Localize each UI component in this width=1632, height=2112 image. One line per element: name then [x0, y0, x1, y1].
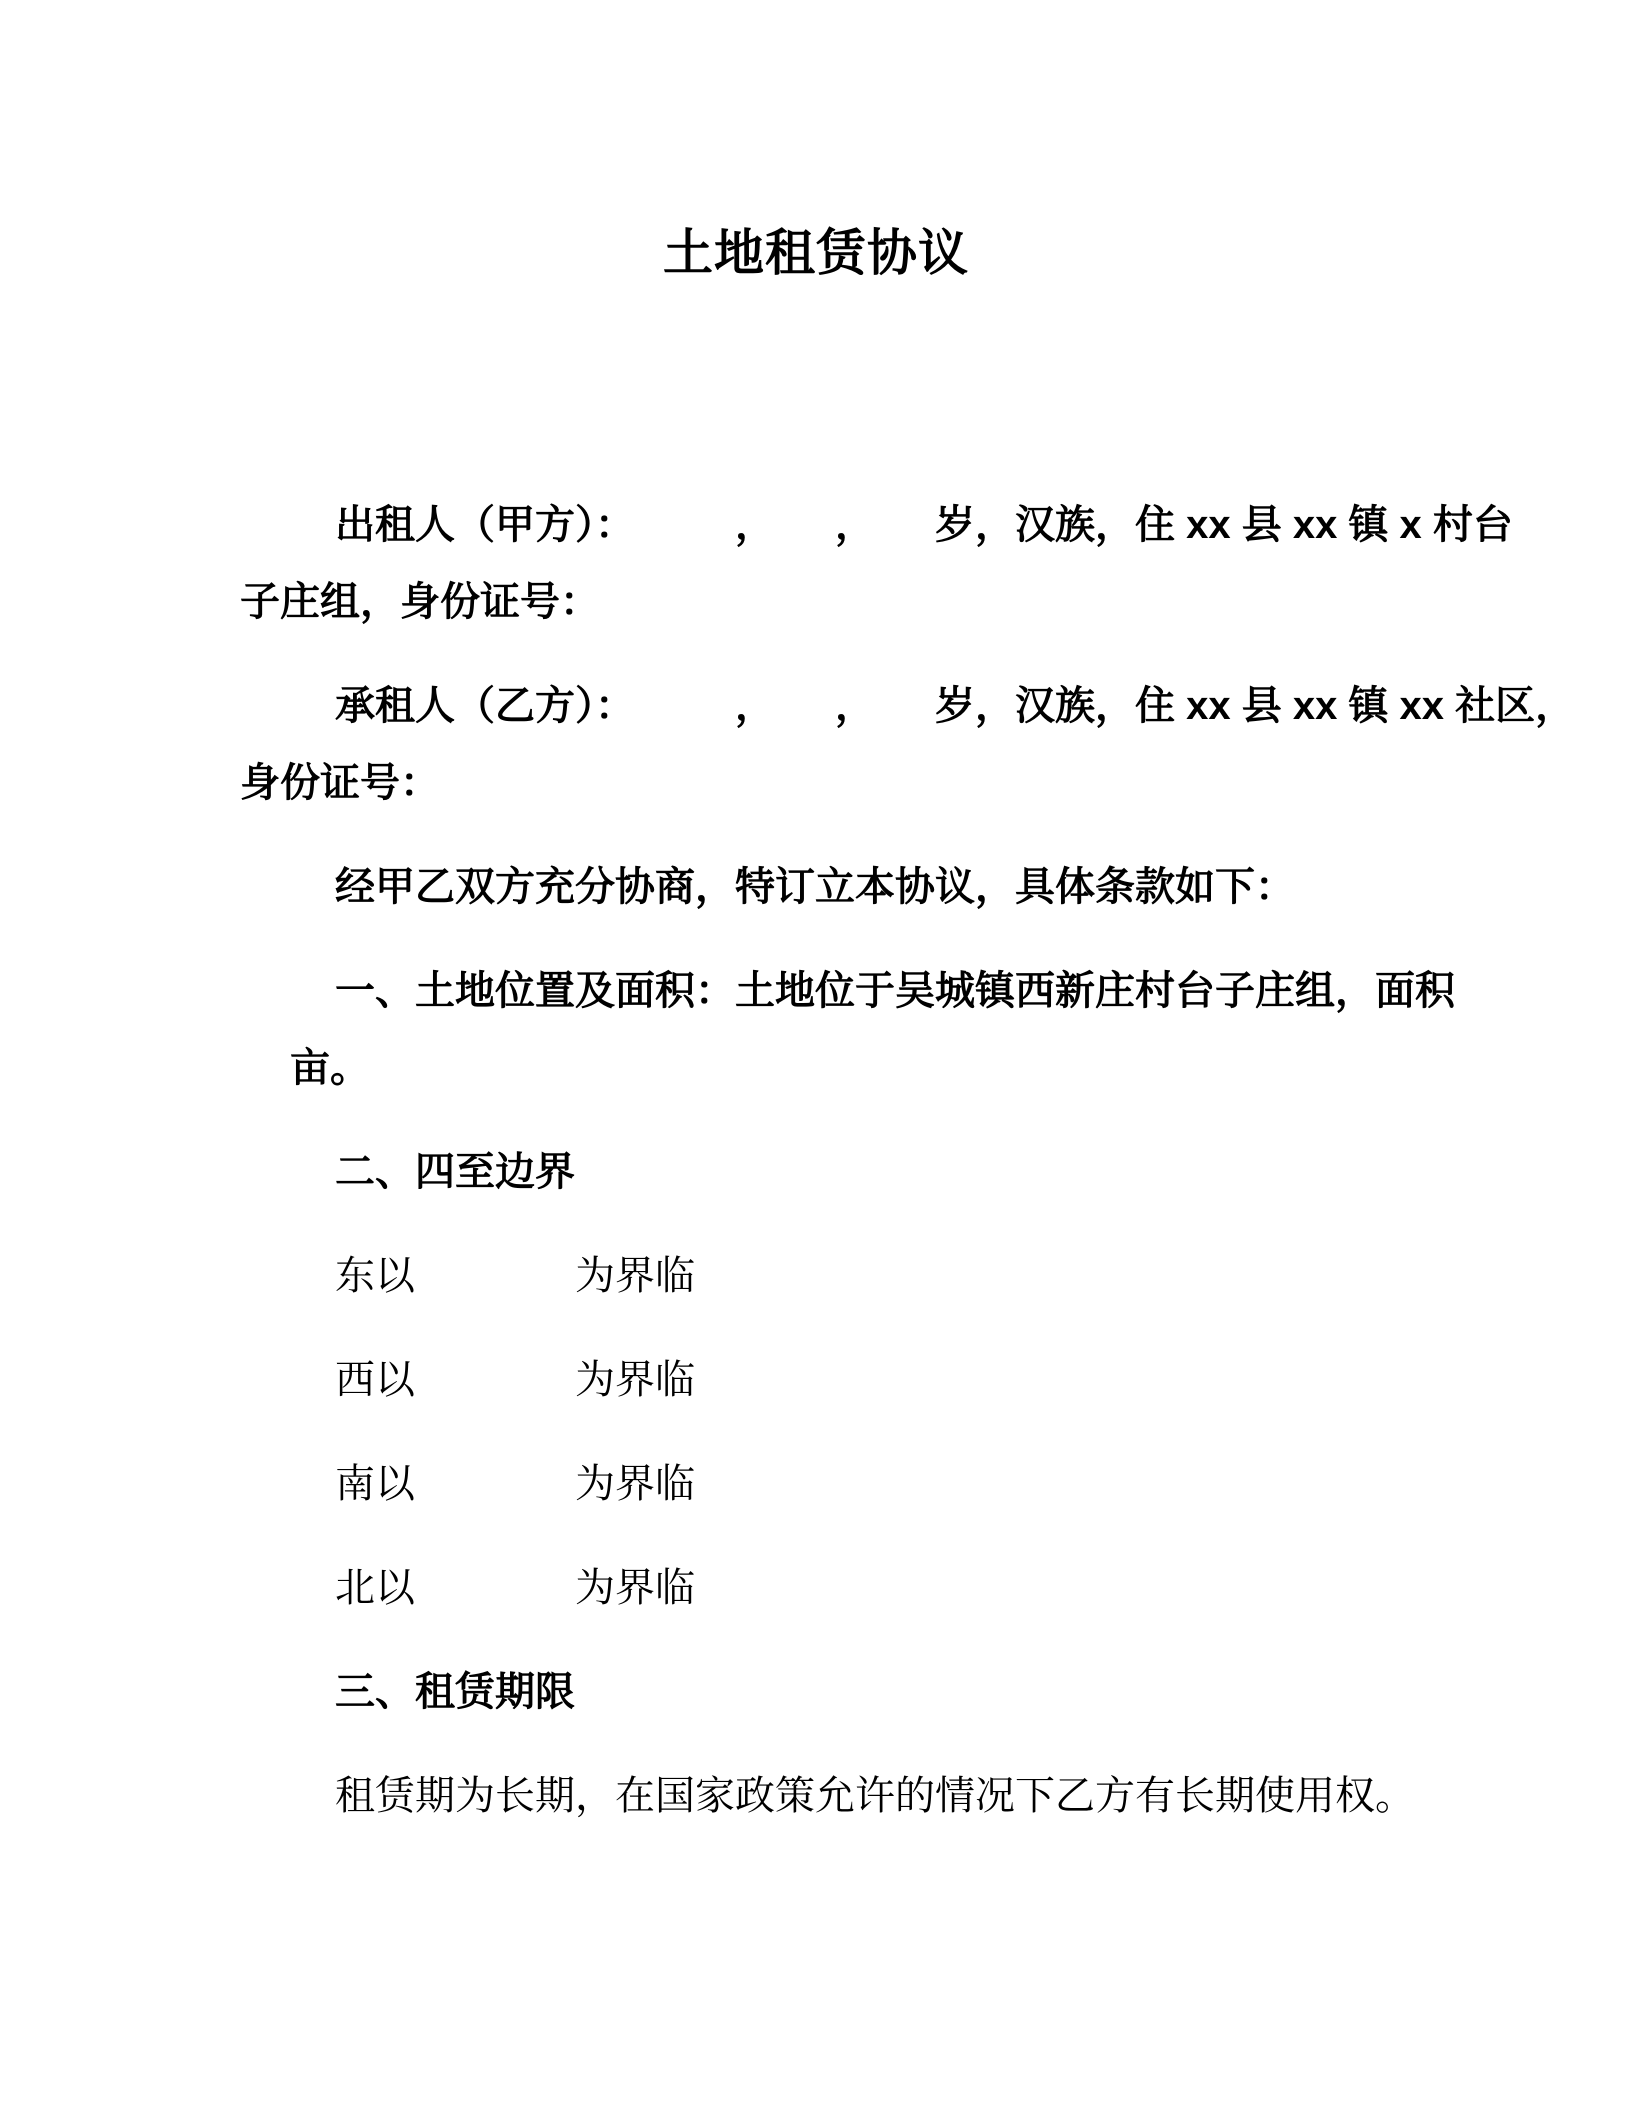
party-a-line-1: 出租人（甲方）： ， ， 岁，汉族，住 xx 县 xx 镇 x 村台 — [240, 487, 1540, 564]
boundary-east-paragraph: 东以 为界临 — [240, 1238, 1540, 1315]
document-page: 土地租赁协议 出租人（甲方）： ， ， 岁，汉族，住 xx 县 xx 镇 x 村… — [0, 0, 1632, 2112]
clause-1-line-1: 一、土地位置及面积：土地位于吴城镇西新庄村台子庄组，面积 — [240, 953, 1540, 1030]
party-b-line-1: 承租人（乙方）： ， ， 岁，汉族，住 xx 县 xx 镇 xx 社区， — [240, 668, 1540, 745]
party-a-paragraph: 出租人（甲方）： ， ， 岁，汉族，住 xx 县 xx 镇 x 村台 子庄组，身… — [240, 487, 1540, 641]
party-b-paragraph: 承租人（乙方）： ， ， 岁，汉族，住 xx 县 xx 镇 xx 社区， 身份证… — [240, 668, 1540, 822]
boundary-east-line: 东以 为界临 — [240, 1238, 1540, 1315]
document-title: 土地租赁协议 — [0, 220, 1632, 286]
boundary-west-paragraph: 西以 为界临 — [240, 1342, 1540, 1419]
clause-2-heading: 二、四至边界 — [240, 1134, 1540, 1211]
clause-3-heading-paragraph: 三、租赁期限 — [240, 1654, 1540, 1731]
clause-3-body-paragraph: 租赁期为长期，在国家政策允许的情况下乙方有长期使用权。 — [240, 1758, 1540, 1835]
preamble-line: 经甲乙双方充分协商，特订立本协议，具体条款如下： — [240, 849, 1540, 926]
document-body: 出租人（甲方）： ， ， 岁，汉族，住 xx 县 xx 镇 x 村台 子庄组，身… — [240, 487, 1540, 1862]
clause-2-heading-paragraph: 二、四至边界 — [240, 1134, 1540, 1211]
boundary-south-line: 南以 为界临 — [240, 1446, 1540, 1523]
clause-1-line-2: 亩。 — [240, 1030, 1540, 1107]
party-a-line-2: 子庄组，身份证号： — [240, 564, 1540, 641]
party-b-line-2: 身份证号： — [240, 745, 1540, 822]
preamble-paragraph: 经甲乙双方充分协商，特订立本协议，具体条款如下： — [240, 849, 1540, 926]
boundary-north-line: 北以 为界临 — [240, 1550, 1540, 1627]
clause-3-body-line: 租赁期为长期，在国家政策允许的情况下乙方有长期使用权。 — [240, 1758, 1540, 1835]
boundary-north-paragraph: 北以 为界临 — [240, 1550, 1540, 1627]
boundary-south-paragraph: 南以 为界临 — [240, 1446, 1540, 1523]
boundary-west-line: 西以 为界临 — [240, 1342, 1540, 1419]
clause-1-paragraph: 一、土地位置及面积：土地位于吴城镇西新庄村台子庄组，面积 亩。 — [240, 953, 1540, 1107]
clause-3-heading: 三、租赁期限 — [240, 1654, 1540, 1731]
